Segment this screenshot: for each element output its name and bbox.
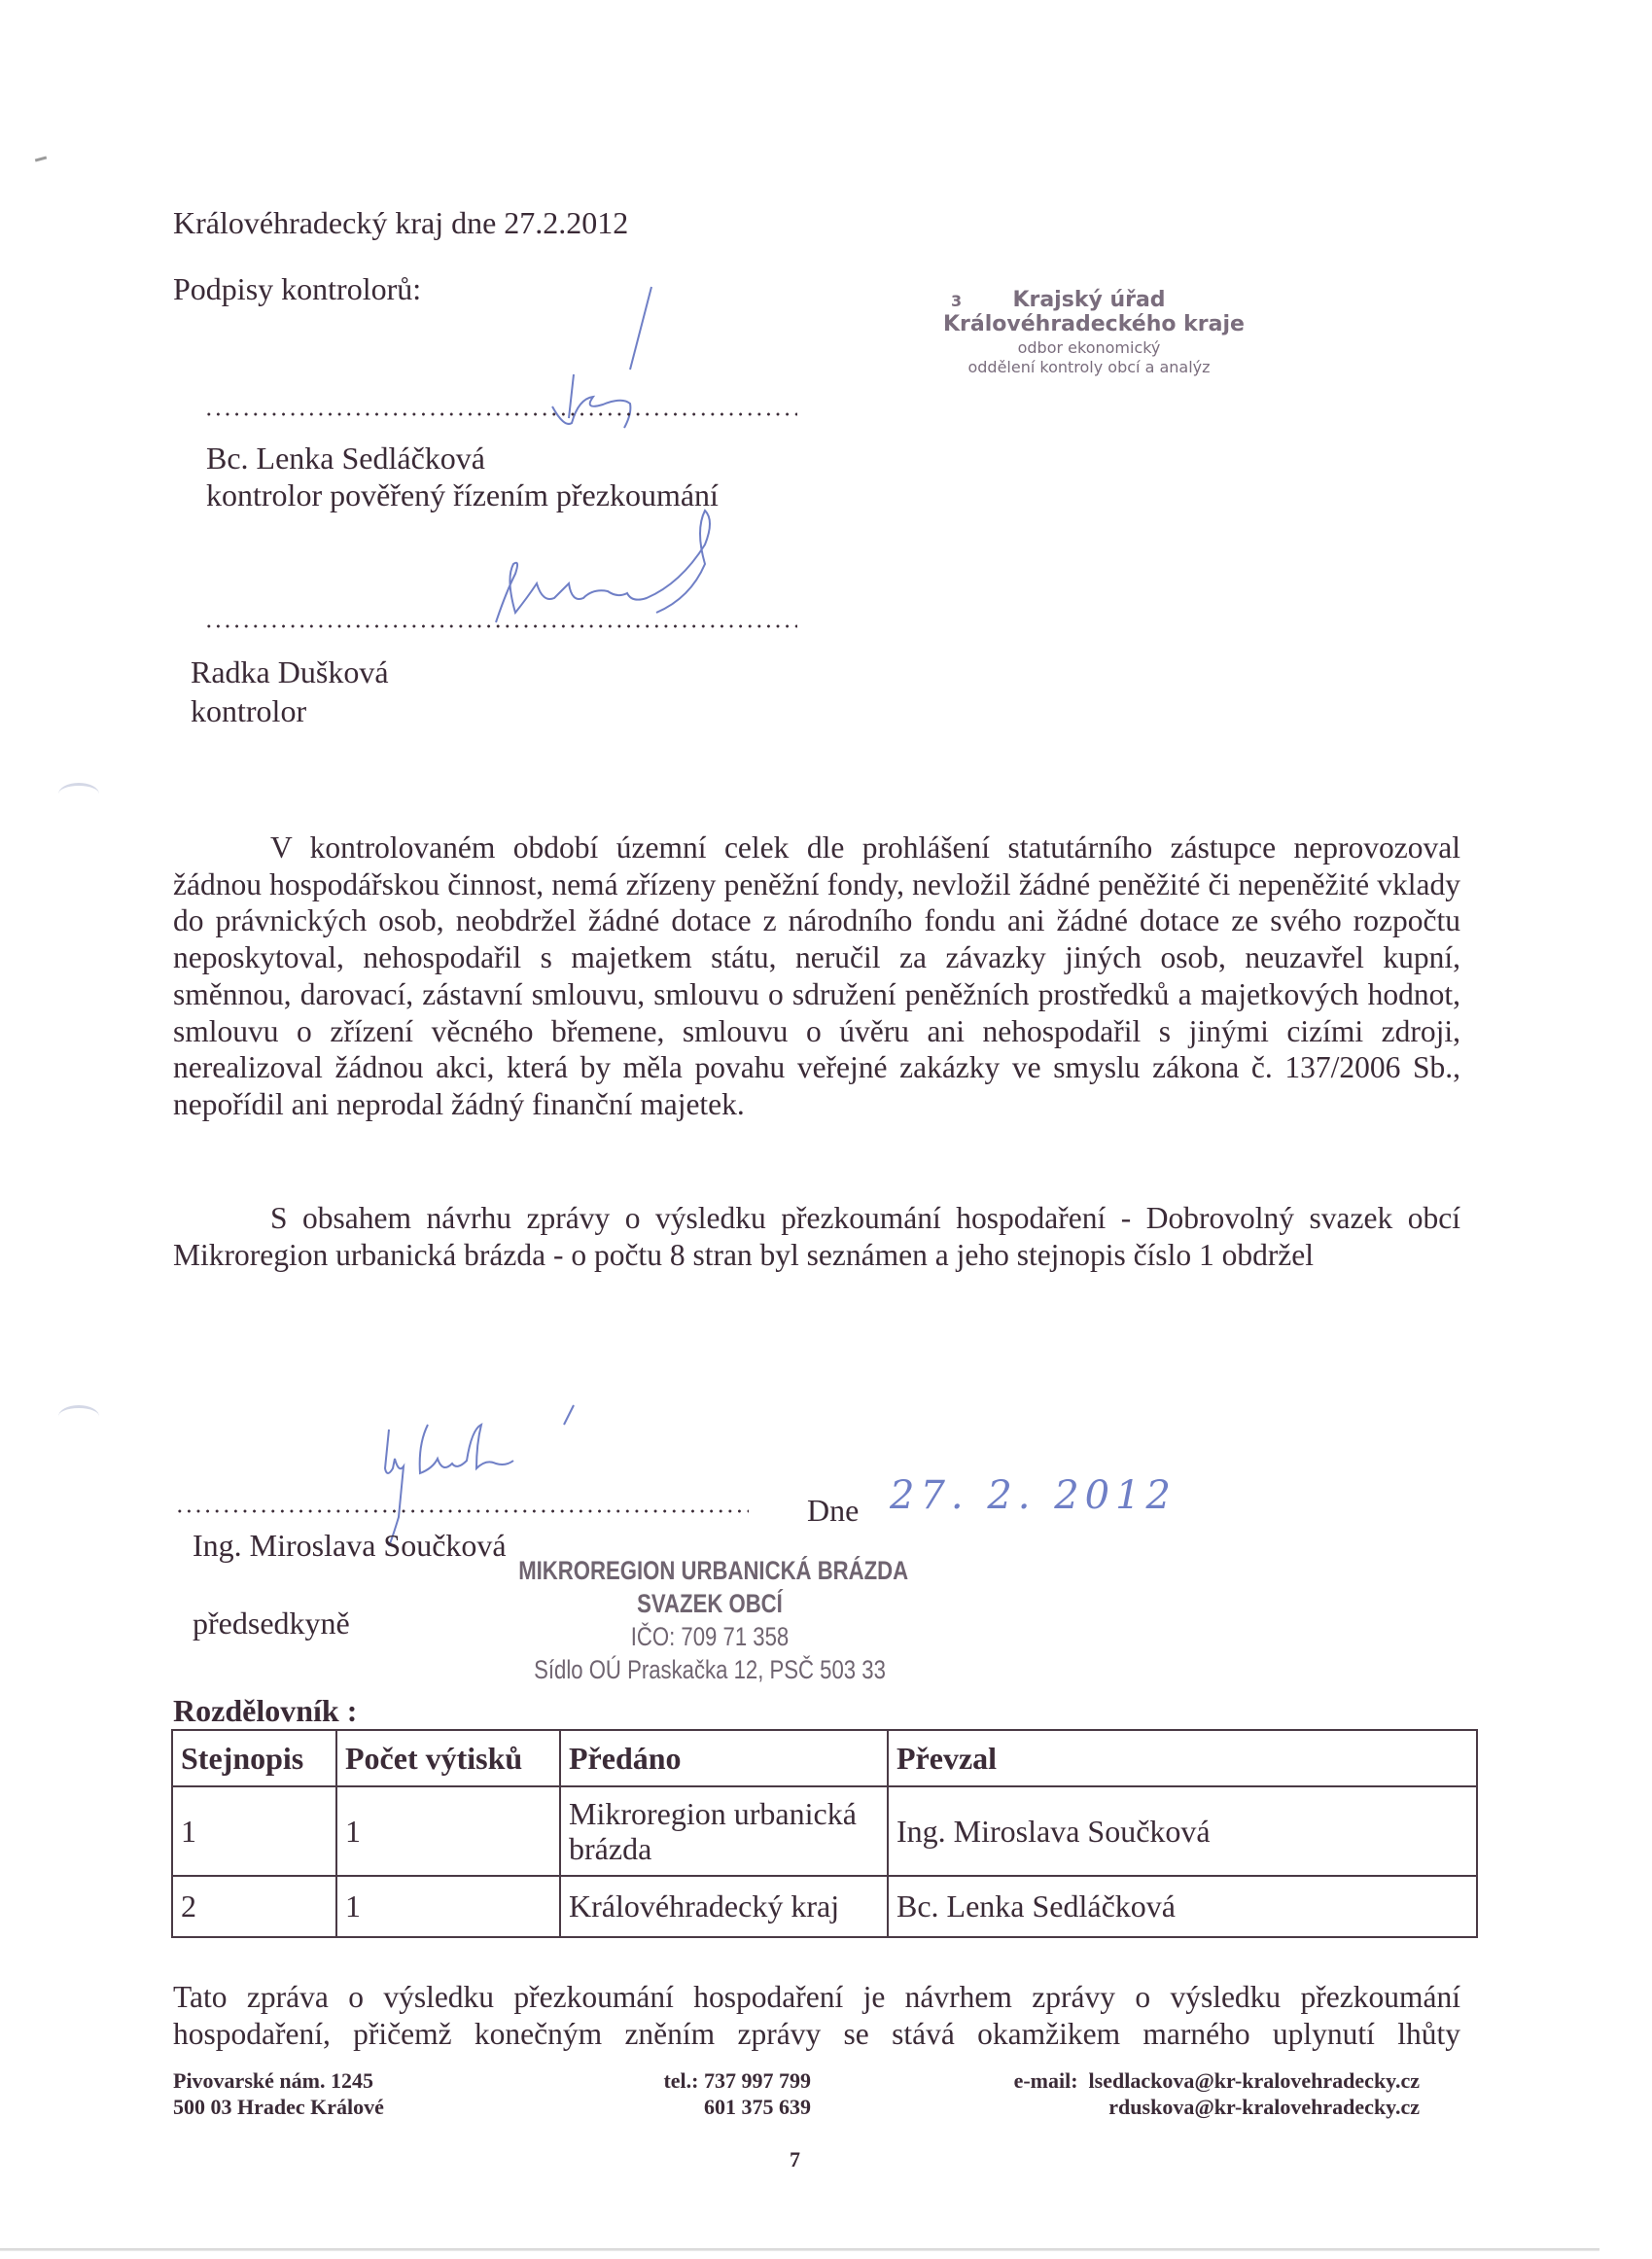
- office-stamp: 3 Krajský úřad Královéhradeckého kraje o…: [943, 290, 1235, 377]
- stamp-line1: Krajský úřad: [1012, 288, 1165, 312]
- table-row: 2 1 Královéhradecký kraj Bc. Lenka Sedlá…: [172, 1876, 1477, 1937]
- controller-name: Bc. Lenka Sedláčková: [206, 440, 485, 477]
- body-text: V kontrolovaném období územní celek dle …: [173, 829, 1460, 1123]
- signatures-label: Podpisy kontrolorů:: [173, 270, 421, 307]
- org-stamp-line4: Sídlo OÚ Praskačka 12, PSČ 503 33: [518, 1653, 901, 1686]
- closing-text: Tato zpráva o výsledku přezkoumání hospo…: [173, 1979, 1460, 2052]
- signature-souckova: [292, 1400, 603, 1546]
- table-cell: Ing. Miroslava Součková: [888, 1786, 1477, 1876]
- chair-role: předsedkyně: [193, 1605, 350, 1641]
- scan-bottom-edge: [0, 2248, 1599, 2251]
- signature-line: [175, 1509, 749, 1513]
- punch-hole-mark: [58, 783, 99, 805]
- table-cell: Královéhradecký kraj: [560, 1876, 888, 1937]
- organization-stamp: MIKROREGION URBANICKÁ BRÁZDA SVAZEK OBCÍ…: [476, 1554, 943, 1686]
- email-line1: e-mail: lsedlackova@kr-kralovehradecky.c…: [972, 2067, 1420, 2094]
- table-row: 1 1 Mikroregion urbanická brázda Ing. Mi…: [172, 1786, 1477, 1876]
- date-label: Dne: [807, 1492, 859, 1529]
- table-cell: 1: [172, 1786, 336, 1876]
- header-cell: Počet výtisků: [336, 1730, 560, 1786]
- email-line2: rduskova@kr-kralovehradecky.cz: [972, 2094, 1420, 2120]
- handwritten-date: 27. 2. 2012: [890, 1473, 1177, 1518]
- signature-sedlackova: [457, 282, 710, 428]
- org-stamp-line2: SVAZEK OBCÍ: [518, 1587, 901, 1620]
- org-stamp-line3: IČO: 709 71 358: [518, 1620, 901, 1653]
- address-line2: 500 03 Hradec Králové: [173, 2094, 384, 2120]
- place-date: Královéhradecký kraj dne 27.2.2012: [173, 204, 628, 241]
- phone-line1: tel.: 737 997 799: [583, 2067, 811, 2094]
- table-cell: 1: [336, 1876, 560, 1937]
- stamp-line4: oddělení kontroly obcí a analýz: [943, 358, 1235, 377]
- distribution-table: Stejnopis Počet výtisků Předáno Převzal …: [171, 1729, 1478, 1938]
- footer-address: Pivovarské nám. 1245 500 03 Hradec Králo…: [173, 2067, 384, 2120]
- org-stamp-line1: MIKROREGION URBANICKÁ BRÁZDA: [518, 1554, 901, 1587]
- scan-mark: [35, 156, 47, 161]
- table-cell: 1: [336, 1786, 560, 1876]
- page-number: 7: [790, 2147, 800, 2172]
- phone-line2: 601 375 639: [583, 2094, 811, 2120]
- body-paragraph-1: V kontrolovaném období územní celek dle …: [173, 829, 1460, 1123]
- table-cell: Bc. Lenka Sedláčková: [888, 1876, 1477, 1937]
- punch-hole-mark: [58, 1405, 99, 1428]
- footer-phone: tel.: 737 997 799 601 375 639: [583, 2067, 811, 2120]
- controller-role: kontrolor: [191, 692, 306, 729]
- controller-name: Radka Dušková: [191, 653, 389, 690]
- header-cell: Převzal: [888, 1730, 1477, 1786]
- closing-paragraph: Tato zpráva o výsledku přezkoumání hospo…: [173, 1979, 1460, 2052]
- signature-duskova: [447, 506, 758, 632]
- table-header-row: Stejnopis Počet výtisků Předáno Převzal: [172, 1730, 1477, 1786]
- signature-line: [204, 624, 797, 628]
- table-cell: Mikroregion urbanická brázda: [560, 1786, 888, 1876]
- body-paragraph-2: S obsahem návrhu zprávy o výsledku přezk…: [173, 1200, 1460, 1273]
- header-cell: Stejnopis: [172, 1730, 336, 1786]
- table-cell: 2: [172, 1876, 336, 1937]
- footer-email: e-mail: lsedlackova@kr-kralovehradecky.c…: [972, 2067, 1420, 2120]
- body-text: S obsahem návrhu zprávy o výsledku přezk…: [173, 1200, 1460, 1273]
- stamp-line3: odbor ekonomický: [943, 338, 1235, 358]
- header-cell: Předáno: [560, 1730, 888, 1786]
- chair-name: Ing. Miroslava Součková: [193, 1527, 507, 1564]
- address-line1: Pivovarské nám. 1245: [173, 2067, 384, 2094]
- distribution-title: Rozdělovník :: [173, 1692, 357, 1729]
- stamp-line2: Královéhradeckého kraje: [943, 311, 1235, 338]
- signature-line: [204, 412, 797, 416]
- stamp-number: 3: [951, 292, 962, 310]
